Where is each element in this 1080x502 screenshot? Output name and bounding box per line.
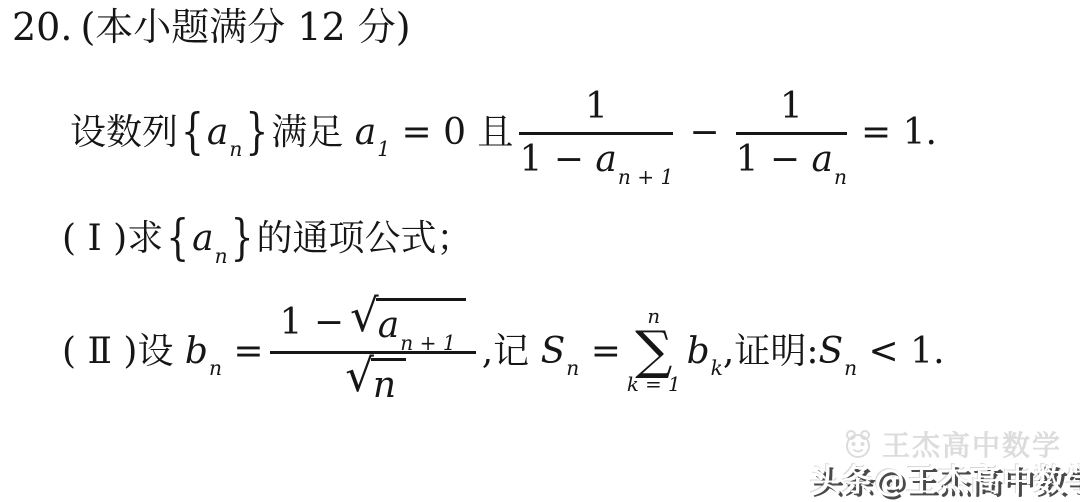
part1-line: ( Ⅰ )求{an}的通项公式； xyxy=(62,218,472,259)
part2-lead: ( Ⅱ )设 bn = xyxy=(62,331,264,372)
S-subscript: n xyxy=(566,356,579,380)
b-subscript: n xyxy=(209,356,222,380)
part1-question: 的通项公式； xyxy=(256,218,472,259)
S-variable: S xyxy=(818,331,843,372)
problem-number: 20. xyxy=(12,6,72,50)
sequence-subscript: n xyxy=(229,137,242,161)
sequence-subscript: n xyxy=(215,244,228,268)
S-subscript: n xyxy=(844,356,857,380)
bn-fraction-denominator: √ n xyxy=(270,354,476,406)
sn-definition: ,记 Sn = xyxy=(482,331,621,372)
a1-variable: a xyxy=(355,112,376,153)
sequence-variable: a xyxy=(192,218,213,259)
problem-title: (本小题满分 12 分) xyxy=(80,6,410,50)
minus-operator: − xyxy=(689,112,719,153)
numerator-radical: √ an + 1 xyxy=(350,298,466,346)
denominator-radical: √ n xyxy=(345,358,406,406)
problem-header: 20. (本小题满分 12 分) xyxy=(12,6,411,50)
fraction-1-numerator: 1 xyxy=(519,84,673,135)
equals-one: = 1. xyxy=(861,112,937,153)
left-brace: { xyxy=(166,211,189,267)
prove-statement: bk,证明:Sn < 1. xyxy=(687,331,945,372)
watermark-main-text: 头条@王杰高中数学 xyxy=(810,463,1080,499)
right-brace: } xyxy=(245,104,268,160)
part2-label: ( Ⅱ )设 xyxy=(62,331,185,372)
a1-subscript: 1 xyxy=(377,137,390,161)
watermark-main: 头条@王杰高中数学 xyxy=(810,455,1080,500)
part2-line: ( Ⅱ )设 bn = 1 − √ an + 1 √ n ,记 Sn = n ∑… xyxy=(62,296,945,407)
part1-label: ( Ⅰ )求 xyxy=(62,218,163,259)
bk-variable: b xyxy=(687,331,710,372)
fraction-2-numerator: 1 xyxy=(736,84,847,135)
S-variable: S xyxy=(541,331,566,372)
summation: n ∑ k = 1 xyxy=(627,307,681,397)
summation-lower-limit: k = 1 xyxy=(627,375,681,396)
fraction-1-denominator: 1 − an + 1 xyxy=(519,135,673,180)
radical-sign: √ xyxy=(345,358,374,394)
given-condition-line: 设数列{an}满足 a1 = 0 且 1 1 − an + 1 − 1 1 − … xyxy=(70,84,937,181)
sequence-variable: a xyxy=(207,112,228,153)
fraction-2: 1 1 − an xyxy=(736,84,847,181)
left-brace: { xyxy=(181,104,204,160)
bk-subscript: k xyxy=(711,356,723,380)
fraction-2-denominator: 1 − an xyxy=(736,135,847,180)
radical-sign: √ xyxy=(350,298,379,334)
bn-fraction-numerator: 1 − √ an + 1 xyxy=(270,296,476,354)
right-brace: } xyxy=(231,211,254,267)
given-text-lead: 设数列{an}满足 a1 = 0 且 xyxy=(70,112,513,153)
b-variable: b xyxy=(185,331,208,372)
bn-fraction: 1 − √ an + 1 √ n xyxy=(270,296,476,407)
fraction-1: 1 1 − an + 1 xyxy=(519,84,673,181)
sigma-symbol: ∑ xyxy=(635,327,672,375)
